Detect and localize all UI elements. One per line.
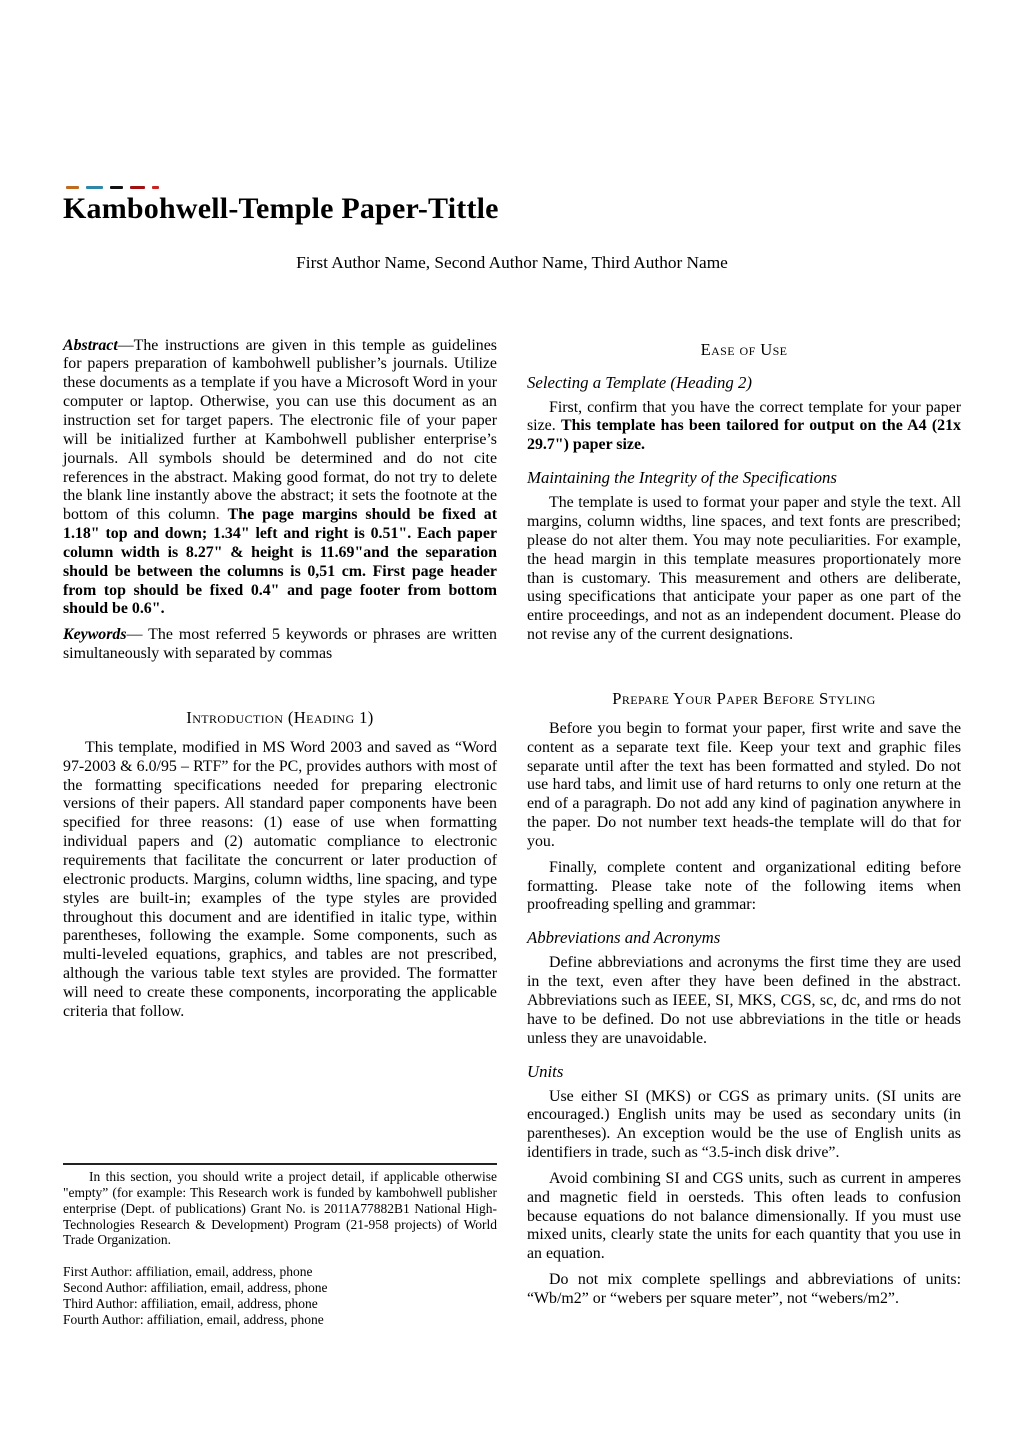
units-paragraph-1: Use either SI (MKS) or CGS as primary un… xyxy=(527,1088,961,1163)
footnote-spacer xyxy=(63,1248,497,1264)
revision-dash xyxy=(152,186,159,189)
subsection-heading-abbreviations: Abbreviations and Acronyms xyxy=(527,928,961,948)
footnote-separator xyxy=(63,1163,497,1165)
subsection-heading-units: Units xyxy=(527,1062,961,1082)
section-heading-ease-of-use: Ease of Use xyxy=(527,340,961,360)
prepare-paper-paragraph-2: Finally, complete content and organizati… xyxy=(527,859,961,916)
selecting-template-paragraph: First, confirm that you have the correct… xyxy=(527,399,961,456)
right-column: Ease of UseSelecting a Template (Heading… xyxy=(527,337,961,1316)
subsection-heading-selecting-template: Selecting a Template (Heading 2) xyxy=(527,373,961,393)
funding-footnote: In this section, you should write a proj… xyxy=(63,1169,497,1248)
subsection-heading-maintaining-integrity: Maintaining the Integrity of the Specifi… xyxy=(527,468,961,488)
author-affiliation-line-1: First Author: affiliation, email, addres… xyxy=(63,1264,497,1280)
section-heading-introduction: Introduction (Heading 1) xyxy=(63,708,497,728)
units-paragraph-2: Avoid combining SI and CGS units, such a… xyxy=(527,1170,961,1264)
maintaining-integrity-paragraph: The template is used to format your pape… xyxy=(527,494,961,645)
paper-page: Kambohwell-Temple Paper-Tittle First Aut… xyxy=(0,0,1020,1443)
prepare-paper-paragraph-1: Before you begin to format your paper, f… xyxy=(527,720,961,852)
tracked-change-marks xyxy=(66,185,961,189)
section-heading-prepare-paper: Prepare Your Paper Before Styling xyxy=(527,689,961,709)
revision-dash xyxy=(66,186,79,189)
abstract-paragraph: Abstract—The instructions are given in t… xyxy=(63,337,497,620)
author-affiliation-line-3: Third Author: affiliation, email, addres… xyxy=(63,1296,497,1312)
author-line: First Author Name, Second Author Name, T… xyxy=(63,253,961,273)
footnote-area: In this section, you should write a proj… xyxy=(63,1163,497,1328)
introduction-paragraph: This template, modified in MS Word 2003 … xyxy=(63,739,497,1022)
revision-dash xyxy=(130,186,145,189)
paper-title: Kambohwell-Temple Paper-Tittle xyxy=(63,192,961,226)
abbreviations-paragraph: Define abbreviations and acronyms the fi… xyxy=(527,954,961,1048)
author-affiliation-line-2: Second Author: affiliation, email, addre… xyxy=(63,1280,497,1296)
footnote-content: In this section, you should write a proj… xyxy=(63,1169,497,1328)
revision-dash xyxy=(110,186,123,189)
revision-dash xyxy=(86,186,103,189)
author-affiliation-line-4: Fourth Author: affiliation, email, addre… xyxy=(63,1312,497,1328)
keywords-paragraph: Keywords— The most referred 5 keywords o… xyxy=(63,626,497,664)
units-paragraph-3: Do not mix complete spellings and abbrev… xyxy=(527,1271,961,1309)
